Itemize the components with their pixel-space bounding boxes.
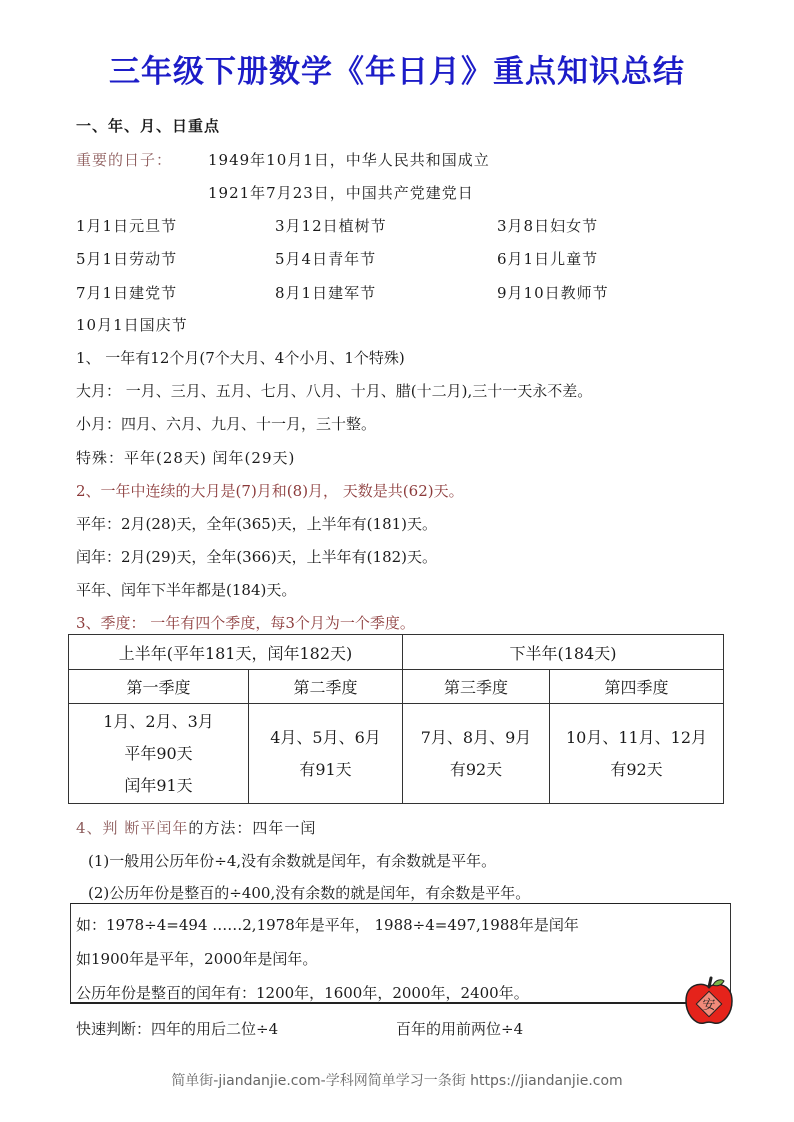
common-year-line: 平年：2月(28)天，全年(365)天，上半年有(181)天。 (76, 514, 437, 534)
point4-prefix: 4、判 (76, 819, 124, 837)
svg-text:安: 安 (702, 997, 715, 1013)
example-line-1: 如：1978÷4=494 ……2,1978年是平年， 1988÷4=497,19… (76, 915, 579, 935)
point1-line: 1、 一年有12个月(7个大月、4个小月、1个特殊) (76, 348, 405, 368)
point4-heading: 4、判 断平闰年的方法：四年一闰 (76, 818, 316, 838)
holiday: 9月10日教师节 (497, 283, 609, 303)
point2-heading: 2、一年中连续的大月是(7)月和(8)月， 天数是共(62)天。 (76, 481, 464, 501)
quarter-cell-4: 10月、11月、12月 有92天 (550, 704, 724, 804)
cell-line: 有92天 (550, 754, 723, 786)
second-half-line: 平年、闰年下半年都是(184)天。 (76, 580, 296, 600)
leap-year-line: 闰年：2月(29)天，全年(366)天，上半年有(182)天。 (76, 547, 437, 567)
second-half-header: 下半年(184天) (403, 635, 724, 670)
small-months: 小月：四月、六月、九月、十一月，三十整。 (76, 414, 376, 434)
cell-line: 有92天 (403, 754, 549, 786)
footer-watermark: 简单街-jiandanjie.com-学科网简单学习一条街 https://ji… (0, 1070, 794, 1090)
apple-decoration-icon: 安 (682, 975, 736, 1029)
cell-line: 闰年91天 (69, 770, 248, 802)
quarter-header: 第二季度 (249, 670, 403, 704)
quarter-header: 第四季度 (550, 670, 724, 704)
holiday: 6月1日儿童节 (497, 249, 598, 269)
season-table: 上半年(平年181天，闰年182天) 下半年(184天) 第一季度 第二季度 第… (68, 634, 724, 804)
point3-heading: 3、季度： 一年有四个季度，每3个月为一个季度。 (76, 613, 415, 633)
holiday: 1月1日元旦节 (76, 216, 177, 236)
holiday: 8月1日建军节 (275, 283, 376, 303)
important-date-1: 1949年10月1日，中华人民共和国成立 (208, 150, 490, 170)
important-date-2: 1921年7月23日，中国共产党建党日 (208, 183, 474, 203)
point4-suffix: 的方法：四年一闰 (188, 819, 316, 837)
cell-line: 10月、11月、12月 (550, 722, 723, 754)
page-title: 三年级下册数学《年日月》重点知识总结 (0, 46, 794, 91)
holiday: 3月8日妇女节 (497, 216, 598, 236)
holiday: 10月1日国庆节 (76, 315, 188, 335)
cell-line: 4月、5月、6月 (249, 722, 402, 754)
section-heading: 一、年、月、日重点 (76, 116, 220, 136)
quick-judge-left: 快速判断：四年的用后二位÷4 (76, 1019, 278, 1039)
quarter-cell-3: 7月、8月、9月 有92天 (403, 704, 550, 804)
important-days-label: 重要的日子： (76, 150, 172, 170)
holiday: 5月1日劳动节 (76, 249, 177, 269)
example-line-3: 公历年份是整百的闰年有：1200年，1600年，2000年，2400年。 (76, 983, 529, 1003)
point4-mid: 断平闰年 (124, 819, 188, 837)
first-half-header: 上半年(平年181天，闰年182天) (69, 635, 403, 670)
cell-line: 有91天 (249, 754, 402, 786)
quarter-cell-1: 1月、2月、3月 平年90天 闰年91天 (69, 704, 249, 804)
quarter-cell-2: 4月、5月、6月 有91天 (249, 704, 403, 804)
quarter-header: 第三季度 (403, 670, 550, 704)
rule-2: (2)公历年份是整百的÷400,没有余数的就是闰年，有余数是平年。 (88, 883, 530, 903)
holiday: 7月1日建党节 (76, 283, 177, 303)
rule-1: (1)一般用公历年份÷4,没有余数就是闰年，有余数就是平年。 (88, 851, 496, 871)
cell-line: 平年90天 (69, 738, 248, 770)
special-month: 特殊：平年(28天) 闰年(29天) (76, 448, 295, 468)
holiday: 5月4日青年节 (275, 249, 376, 269)
quick-judge-right: 百年的用前两位÷4 (396, 1019, 523, 1039)
quarter-header: 第一季度 (69, 670, 249, 704)
example-line-2: 如1900年是平年，2000年是闰年。 (76, 949, 317, 969)
big-months: 大月： 一月、三月、五月、七月、八月、十月、腊(十二月),三十一天永不差。 (76, 381, 592, 401)
holiday: 3月12日植树节 (275, 216, 387, 236)
cell-line: 7月、8月、9月 (403, 722, 549, 754)
cell-line: 1月、2月、3月 (69, 706, 248, 738)
